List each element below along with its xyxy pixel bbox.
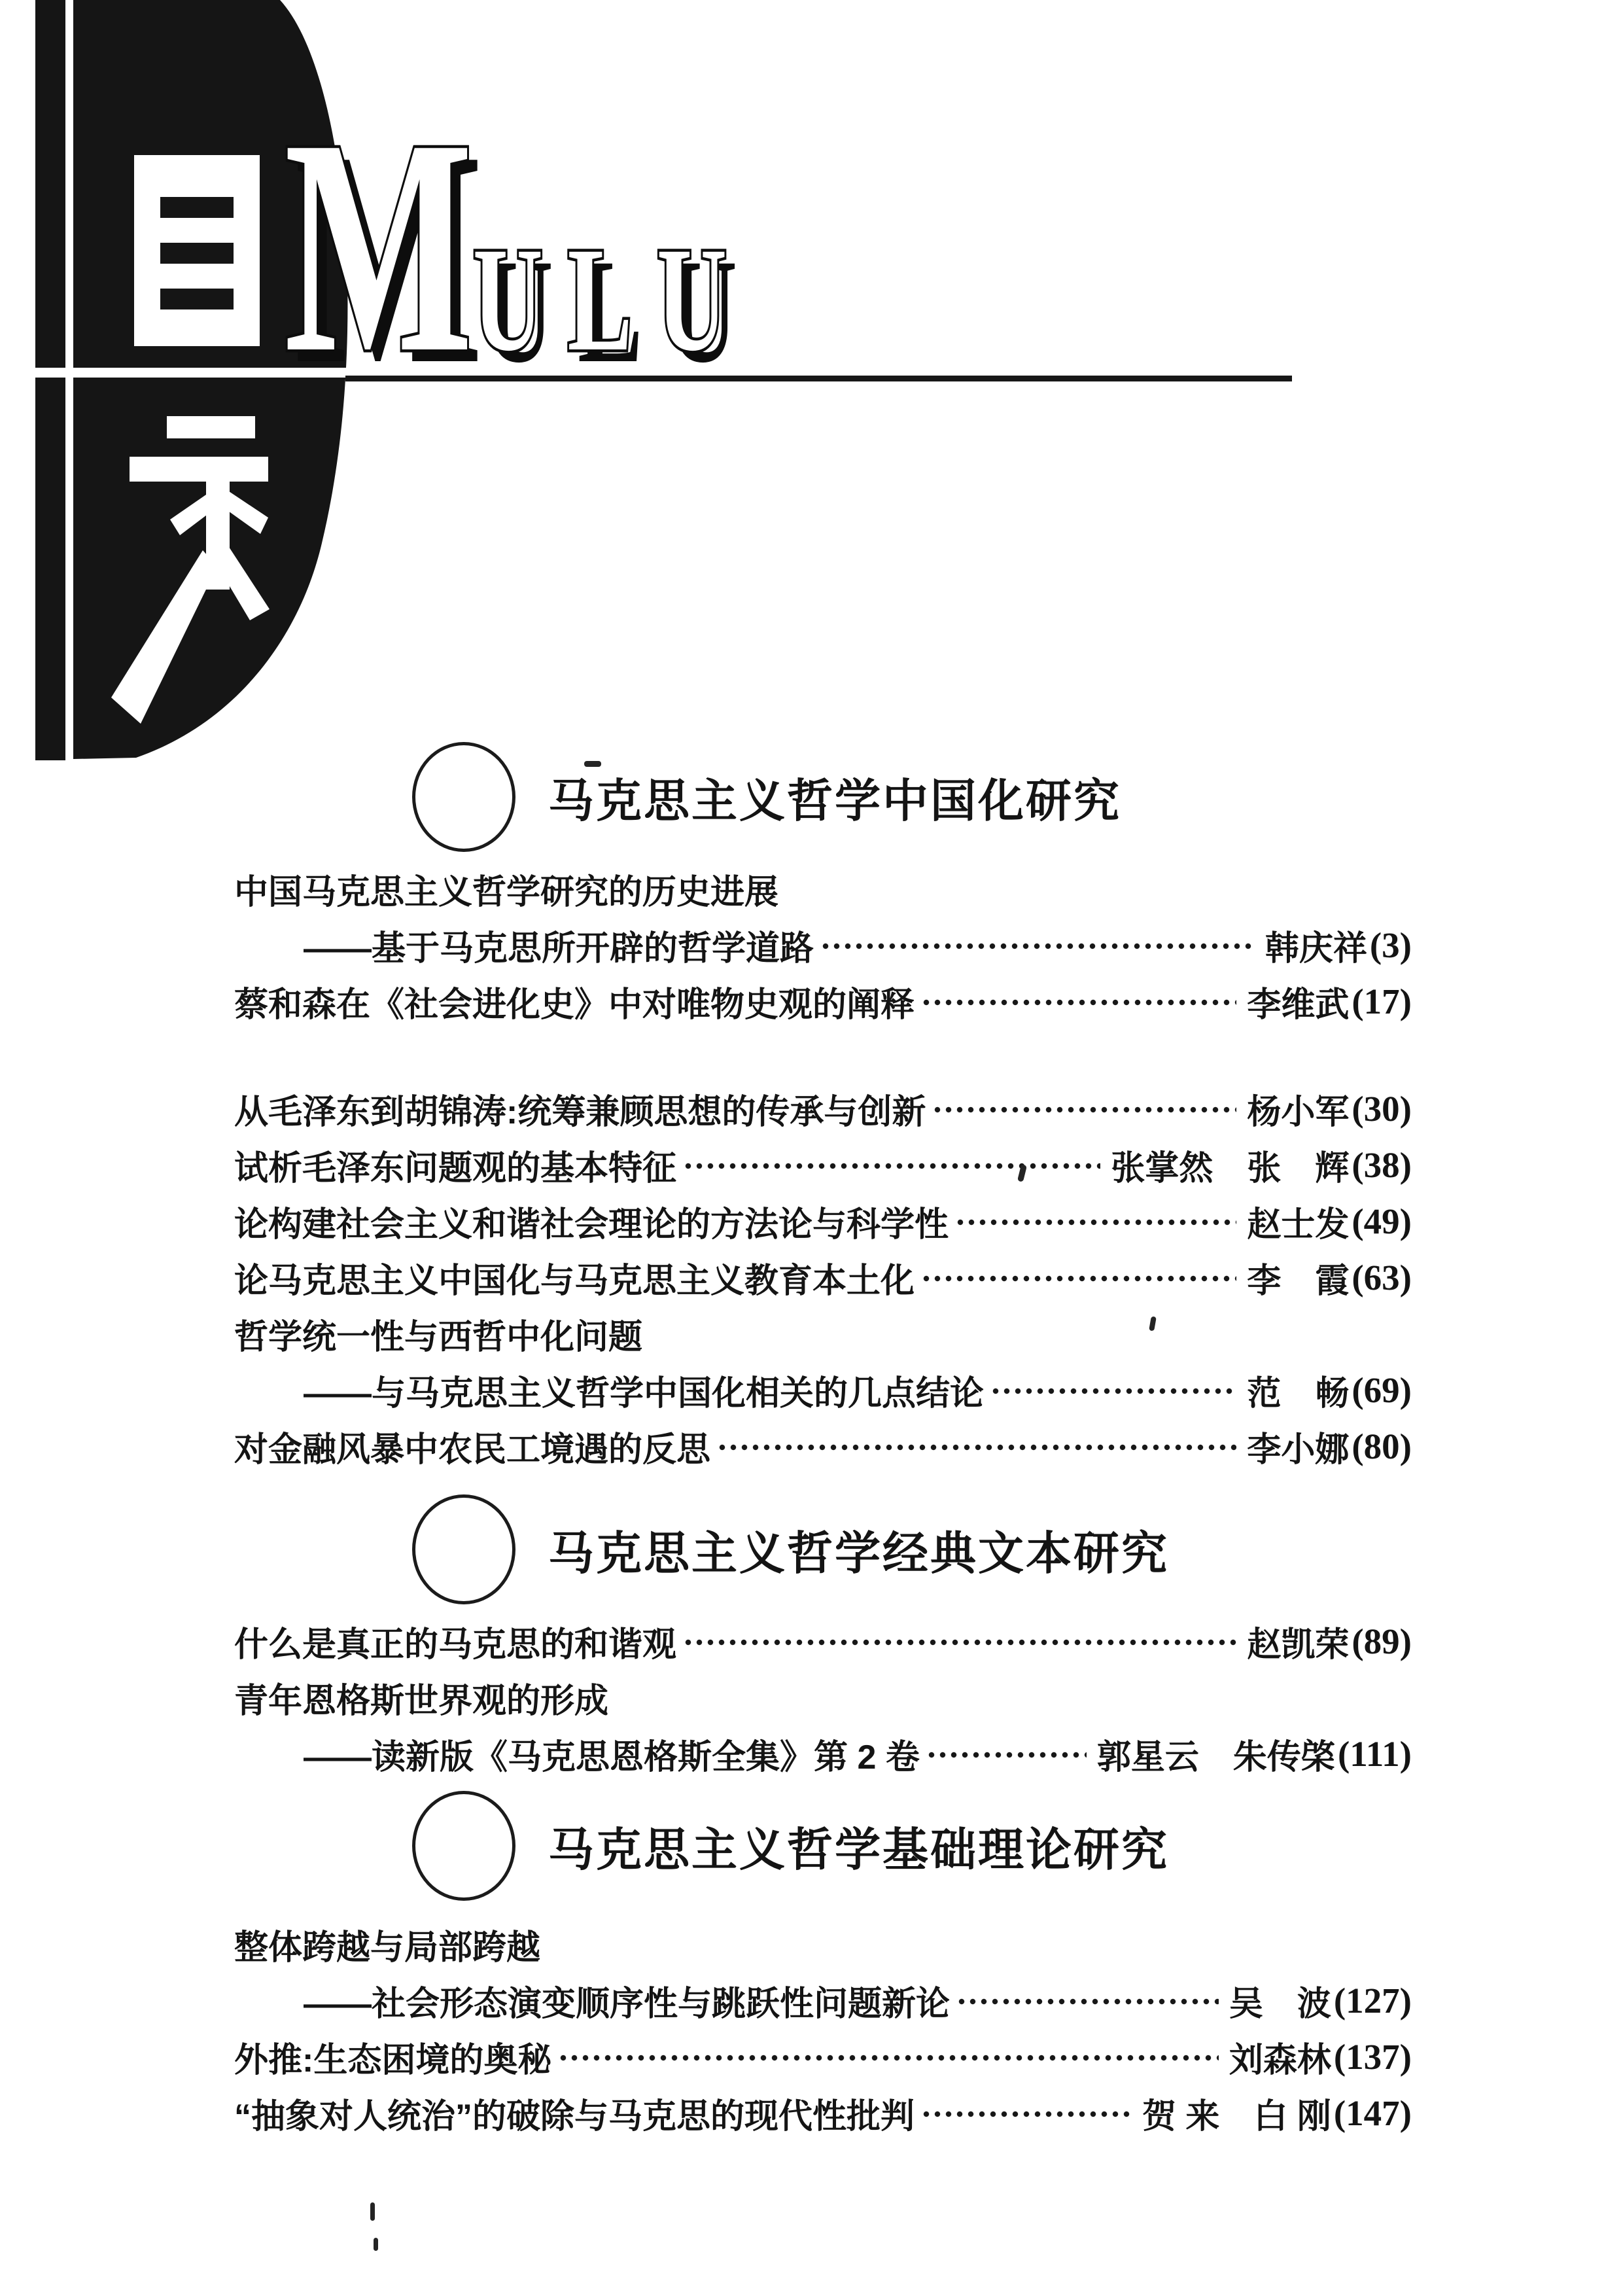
entry-authors: 刘森林 xyxy=(1229,2032,1331,2081)
dot-leader xyxy=(820,917,1255,973)
mulu-front-text: MULU xyxy=(285,84,752,398)
entry-title: 试析毛泽东问题观的基本特征 xyxy=(234,1140,676,1190)
section-header: 马克思主义哲学经典文本研究 xyxy=(412,1494,1412,1605)
header-rule xyxy=(345,376,1292,381)
entry-page-number: (137) xyxy=(1331,2036,1412,2077)
toc-entry: 蔡和森在《社会进化史》中对唯物史观的阐释 李维武 (17) xyxy=(234,973,1412,1029)
toc-entry: 从毛泽东到胡锦涛:统筹兼顾思想的传承与创新 杨小军 (30) xyxy=(234,1080,1412,1137)
section-header: 马克思主义哲学中国化研究 xyxy=(412,741,1412,853)
mu-character-glyph xyxy=(134,155,260,346)
dot-leader xyxy=(955,1193,1236,1249)
entry-authors: 赵凯荣 xyxy=(1247,1617,1349,1666)
entry-page-number: (38) xyxy=(1349,1144,1412,1186)
entry-title: 论马克思主义中国化与马克思主义教育本土化 xyxy=(234,1253,915,1302)
entry-subtitle: ——读新版《马克思恩格斯全集》第 2 卷 xyxy=(234,1729,920,1778)
entry-authors: 范 畅 xyxy=(1247,1366,1349,1415)
logo-left-bar xyxy=(35,0,65,760)
entry-authors: 吴 波 xyxy=(1229,1976,1331,2025)
entry-title: 中国马克思主义哲学研究的历史进展 xyxy=(234,864,778,913)
entry-title: 外推:生态困境的奥秘 xyxy=(234,2032,551,2081)
section-title: 马克思主义哲学基础理论研究 xyxy=(548,1813,1169,1879)
toc-entry: ——社会形态演变顺序性与跳跃性问题新论 吴 波 (127) xyxy=(234,1972,1412,2028)
toc-entry: ——读新版《马克思恩格斯全集》第 2 卷 郭星云 朱传棨 (111) xyxy=(234,1725,1412,1782)
entry-authors: 贺 来 白 刚 xyxy=(1142,2089,1331,2138)
toc-entry: 哲学统一性与西哲中化问题 xyxy=(234,1305,1412,1362)
toc-entry: 中国马克思主义哲学研究的历史进展 xyxy=(234,860,1412,917)
entry-title: 论构建社会主义和谐社会理论的方法论与科学性 xyxy=(234,1197,949,1246)
toc-entry: ——与马克思主义哲学中国化相关的几点结论 范 畅 (69) xyxy=(234,1362,1412,1418)
dot-leader xyxy=(932,1080,1236,1137)
dot-leader xyxy=(683,1613,1236,1669)
toc-entry: 对金融风暴中农民工境遇的反思 李小娜 (80) xyxy=(234,1418,1412,1474)
entry-page-number: (80) xyxy=(1349,1426,1412,1467)
mulu-latin-lettering: MULU MULU xyxy=(280,84,1032,398)
entry-page-number: (63) xyxy=(1349,1257,1412,1298)
dot-leader xyxy=(683,1137,1100,1193)
section-bullet-circle xyxy=(412,1494,515,1604)
toc-entry: 试析毛泽东问题观的基本特征 张掌然 张 辉 (38) xyxy=(234,1137,1412,1193)
entry-subtitle: ——社会形态演变顺序性与跳跃性问题新论 xyxy=(234,1976,950,2025)
entry-page-number: (30) xyxy=(1349,1088,1412,1129)
dot-leader xyxy=(558,2028,1219,2085)
toc-entry: “抽象对人统治”的破除与马克思的现代性批判 贺 来 白 刚 (147) xyxy=(234,2085,1412,2141)
entry-page-number: (147) xyxy=(1331,2093,1412,2134)
entry-authors: 赵士发 xyxy=(1247,1197,1349,1246)
entry-page-number: (111) xyxy=(1335,1733,1412,1775)
ink-speck xyxy=(370,2202,375,2221)
entry-title: 整体跨越与局部跨越 xyxy=(234,1920,540,1969)
entry-authors: 郭星云 朱传棨 xyxy=(1097,1729,1335,1778)
dot-leader xyxy=(921,1249,1236,1305)
entry-title: “抽象对人统治”的破除与马克思的现代性批判 xyxy=(234,2089,915,2138)
entry-page-number: (3) xyxy=(1367,925,1412,966)
entry-page-number: (127) xyxy=(1331,1980,1412,2021)
section-bullet-circle xyxy=(412,742,515,852)
entry-authors: 李维武 xyxy=(1247,977,1349,1026)
entry-page-number: (17) xyxy=(1349,981,1412,1022)
entry-page-number: (89) xyxy=(1349,1621,1412,1662)
toc-entry: ——基于马克思所开辟的哲学道路 韩庆祥 (3) xyxy=(234,917,1412,973)
entry-page-number: (49) xyxy=(1349,1201,1412,1242)
entry-title: 哲学统一性与西哲中化问题 xyxy=(234,1309,642,1358)
ink-speck xyxy=(374,2238,378,2251)
entry-authors: 李 霞 xyxy=(1247,1253,1349,1302)
toc-entry: 论马克思主义中国化与马克思主义教育本土化 李 霞 (63) xyxy=(234,1249,1412,1305)
entry-title: 对金融风暴中农民工境遇的反思 xyxy=(234,1422,710,1471)
entry-title: 从毛泽东到胡锦涛:统筹兼顾思想的传承与创新 xyxy=(234,1084,926,1133)
section-title: 马克思主义哲学中国化研究 xyxy=(548,764,1121,830)
entry-authors: 李小娜 xyxy=(1247,1422,1349,1471)
dot-leader xyxy=(921,973,1236,1029)
dot-leader xyxy=(926,1725,1087,1782)
dot-leader xyxy=(990,1362,1236,1418)
ink-speck xyxy=(584,761,601,767)
dot-leader xyxy=(921,2085,1132,2141)
dot-leader xyxy=(717,1418,1236,1474)
section-header: 马克思主义哲学基础理论研究 xyxy=(412,1790,1412,1901)
toc-entry: 论构建社会主义和谐社会理论的方法论与科学性 赵士发 (49) xyxy=(234,1193,1412,1249)
entry-title: 蔡和森在《社会进化史》中对唯物史观的阐释 xyxy=(234,977,915,1026)
entry-authors: 杨小军 xyxy=(1247,1084,1349,1133)
entry-title: 青年恩格斯世界观的形成 xyxy=(234,1673,608,1722)
toc-body: 马克思主义哲学中国化研究 中国马克思主义哲学研究的历史进展 ——基于马克思所开辟… xyxy=(234,741,1412,2141)
toc-entry: 什么是真正的马克思的和谐观 赵凯荣 (89) xyxy=(234,1613,1412,1669)
entry-subtitle: ——与马克思主义哲学中国化相关的几点结论 xyxy=(234,1366,984,1415)
toc-entry: 整体跨越与局部跨越 xyxy=(234,1916,1412,1972)
entry-page-number: (69) xyxy=(1349,1369,1412,1411)
toc-entry: 外推:生态困境的奥秘 刘森林 (137) xyxy=(234,2028,1412,2085)
entry-title: 什么是真正的马克思的和谐观 xyxy=(234,1617,676,1666)
entry-authors: 张掌然 张 辉 xyxy=(1111,1140,1349,1190)
entry-authors: 韩庆祥 xyxy=(1265,921,1367,970)
entry-subtitle: ——基于马克思所开辟的哲学道路 xyxy=(234,921,814,970)
section-bullet-circle xyxy=(412,1791,515,1901)
dot-leader xyxy=(956,1972,1219,2028)
section-title: 马克思主义哲学经典文本研究 xyxy=(548,1517,1169,1583)
toc-entry: 青年恩格斯世界观的形成 xyxy=(234,1669,1412,1725)
toc-page: 目 录 MULU MULU xyxy=(0,0,1623,2296)
